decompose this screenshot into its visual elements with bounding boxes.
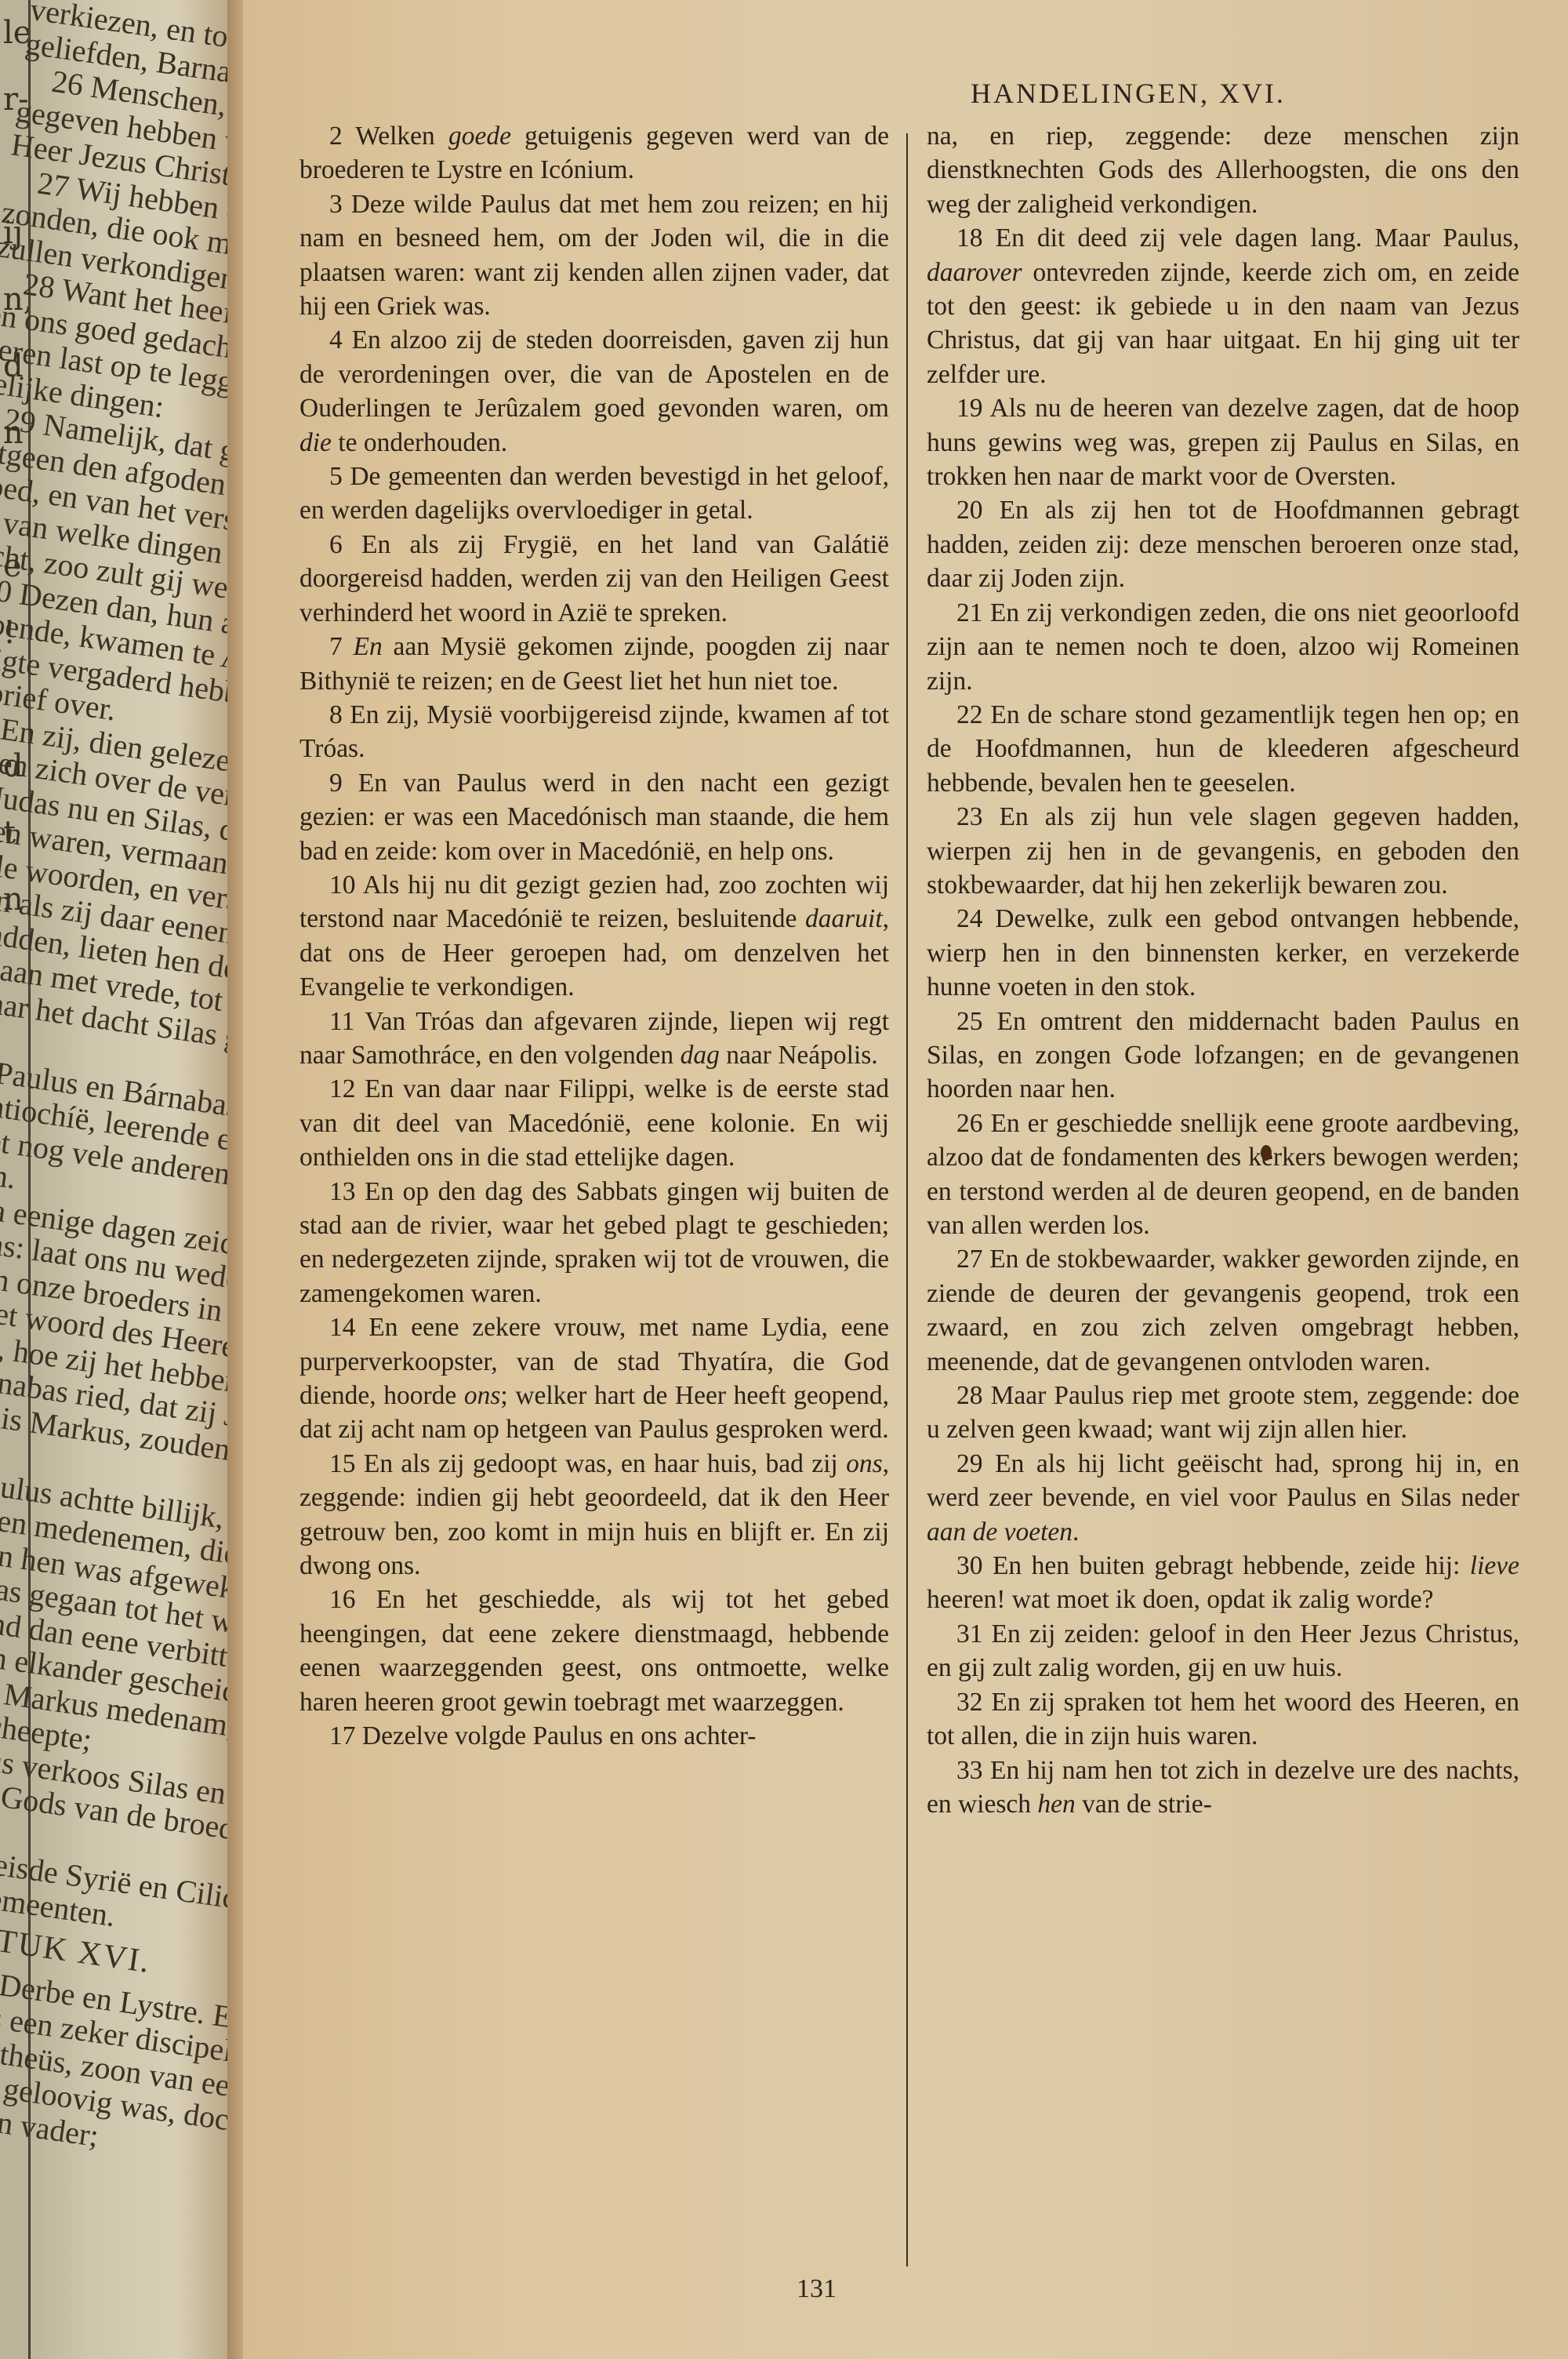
page-number: 131 bbox=[797, 2274, 837, 2304]
verse-text: Als hij nu dit gezigt gezien had, zoo zo… bbox=[299, 871, 889, 933]
verse-text: En zij verkondigen zeden, die ons niet g… bbox=[927, 598, 1519, 696]
verse-12: 12 En van daar naar Filippi, welke is de… bbox=[299, 1072, 889, 1174]
verse-text: En de stokbewaarder, wakker geworden zij… bbox=[927, 1245, 1519, 1376]
verse-text: En als hij licht geëischt had, sprong hi… bbox=[927, 1449, 1519, 1512]
verse-number: 19 bbox=[956, 394, 990, 423]
verse-text: van de strie- bbox=[1076, 1790, 1212, 1819]
italic-text: ons bbox=[464, 1381, 501, 1410]
verse-text: Maar Paulus riep met groote stem, zeggen… bbox=[927, 1381, 1519, 1444]
verse-number: 8 bbox=[329, 700, 350, 729]
verse-text: . bbox=[1073, 1518, 1079, 1547]
verse-17: 17 Dezelve volgde Paulus en ons achter- bbox=[299, 1719, 889, 1753]
verse-text: En als zij Frygië, en het land van Galát… bbox=[299, 530, 889, 627]
verse-text: En het geschiedde, als wij tot het gebed… bbox=[299, 1585, 889, 1716]
verse-number: 32 bbox=[956, 1688, 991, 1717]
verse-30: 30 En hen buiten gebragt hebbende, zeide… bbox=[927, 1549, 1519, 1617]
verse-text: aan Mysië gekomen zijnde, poogden zij na… bbox=[299, 632, 889, 695]
verse-22: 22 En de schare stond gezamentlijk tegen… bbox=[927, 698, 1519, 800]
verse-text: Welken bbox=[355, 122, 448, 151]
italic-text: ons bbox=[846, 1449, 883, 1478]
verse-10: 10 Als hij nu dit gezigt gezien had, zoo… bbox=[299, 868, 889, 1005]
verse-number: 10 bbox=[329, 871, 363, 900]
verse-7: 7 En aan Mysië gekomen zijnde, poogden z… bbox=[299, 630, 889, 698]
verse-number: 4 bbox=[329, 325, 352, 354]
verse-number: 22 bbox=[956, 700, 990, 729]
verse-number: 14 bbox=[329, 1313, 368, 1342]
verse-number: 29 bbox=[956, 1449, 995, 1478]
verse-number: 21 bbox=[956, 598, 990, 627]
verse-number: 12 bbox=[329, 1074, 365, 1103]
verse-number: 31 bbox=[956, 1619, 992, 1648]
italic-text: goede bbox=[448, 122, 511, 151]
verse-text: En op den dag des Sabbats gingen wij bui… bbox=[299, 1177, 889, 1308]
left-column: 2 Welken goede getuigenis gegeven werd v… bbox=[299, 119, 889, 1754]
verse-number: 9 bbox=[329, 769, 358, 798]
verse-text: Dewelke, zulk een gebod ontvangen hebben… bbox=[927, 904, 1519, 1001]
italic-text: hen bbox=[1037, 1790, 1075, 1819]
verse-16: 16 En het geschiedde, als wij tot het ge… bbox=[299, 1583, 889, 1719]
verse-text: En alzoo zij de steden doorreisden, gave… bbox=[299, 325, 889, 423]
verse-9: 9 En van Paulus werd in den nacht een ge… bbox=[299, 766, 889, 868]
ink-stain bbox=[1261, 1145, 1272, 1161]
verse-6: 6 En als zij Frygië, en het land van Gal… bbox=[299, 528, 889, 630]
verse-3: 3 Deze wilde Paulus dat met hem zou reiz… bbox=[299, 187, 889, 324]
verse-number: 27 bbox=[956, 1245, 989, 1274]
verse-text: En dit deed zij vele dagen lang. Maar Pa… bbox=[996, 224, 1519, 253]
verse-2: 2 Welken goede getuigenis gegeven werd v… bbox=[299, 119, 889, 187]
verse-number: 3 bbox=[329, 190, 351, 219]
verse-number: 15 bbox=[329, 1449, 364, 1478]
verse-13: 13 En op den dag des Sabbats gingen wij … bbox=[299, 1175, 889, 1311]
verse-32: 32 En zij spraken tot hem het woord des … bbox=[927, 1685, 1519, 1754]
verse-23: 23 En als zij hun vele slagen gegeven ha… bbox=[927, 800, 1519, 902]
verse-number: 24 bbox=[956, 904, 995, 933]
verse-text: En als zij hen tot de Hoofdmannen gebrag… bbox=[927, 496, 1519, 593]
verse-number: 2 bbox=[329, 122, 355, 151]
verse-number: 26 bbox=[956, 1109, 990, 1138]
verse-19: 19 Als nu de heeren van dezelve zagen, d… bbox=[927, 391, 1519, 493]
verse-text: En zij zeiden: geloof in den Heer Jezus … bbox=[927, 1619, 1519, 1682]
current-page: HANDELINGEN, XVI. 2 Welken goede getuige… bbox=[243, 0, 1568, 2359]
verse-11: 11 Van Tróas dan afgevaren zijnde, liepe… bbox=[299, 1005, 889, 1073]
verse-text: Als nu de heeren van dezelve zagen, dat … bbox=[927, 394, 1519, 491]
verse-27: 27 En de stokbewaarder, wakker geworden … bbox=[927, 1242, 1519, 1379]
verse-number: 11 bbox=[329, 1007, 365, 1036]
verse-text: En de schare stond gezamentlijk tegen he… bbox=[927, 700, 1519, 798]
italic-text: daaruit bbox=[805, 904, 883, 933]
verse-33: 33 En hij nam hen tot zich in dezelve ur… bbox=[927, 1754, 1519, 1822]
verse-4: 4 En alzoo zij de steden doorreisden, ga… bbox=[299, 323, 889, 460]
verse-number: 25 bbox=[956, 1007, 997, 1036]
verse-5: 5 De gemeenten dan werden bevestigd in h… bbox=[299, 460, 889, 528]
verse-text: te onderhouden. bbox=[332, 428, 507, 457]
verse-number: 7 bbox=[329, 632, 354, 661]
verse-26: 26 En er geschiedde snellijk eene groote… bbox=[927, 1107, 1519, 1243]
italic-text: daarover bbox=[927, 258, 1022, 287]
verse-text: En van Paulus werd in den nacht een gezi… bbox=[299, 769, 889, 866]
verse-text: De gemeenten dan werden bevestigd in het… bbox=[299, 462, 889, 525]
verse-number: 16 bbox=[329, 1585, 376, 1614]
verse-number: 18 bbox=[956, 224, 996, 253]
verse-number: 13 bbox=[329, 1177, 365, 1206]
verse-28: 28 Maar Paulus riep met groote stem, zeg… bbox=[927, 1379, 1519, 1447]
verse-text: naar Neápolis. bbox=[720, 1041, 878, 1070]
verse-21: 21 En zij verkondigen zeden, die ons nie… bbox=[927, 596, 1519, 698]
verse-text: En hen buiten gebragt hebbende, zeide hi… bbox=[993, 1551, 1470, 1580]
verse-text: En zij, Mysië voorbijgereisd zijnde, kwa… bbox=[299, 700, 889, 763]
verse-number: 28 bbox=[956, 1381, 991, 1410]
verse-15: 15 En als zij gedoopt was, en haar huis,… bbox=[299, 1447, 889, 1583]
verse-number: 6 bbox=[329, 530, 361, 559]
verse-29: 29 En als hij licht geëischt had, sprong… bbox=[927, 1447, 1519, 1549]
verse-text: En omtrent den middernacht baden Paulus … bbox=[927, 1007, 1519, 1104]
verse-number: 33 bbox=[956, 1756, 990, 1785]
running-head: HANDELINGEN, XVI. bbox=[971, 77, 1286, 110]
previous-page-text: verkiezen, en tot u te zenden, metgelief… bbox=[0, 0, 235, 2135]
column-divider bbox=[906, 133, 908, 2266]
verse-number: 20 bbox=[956, 496, 1000, 525]
verse-number: 23 bbox=[956, 802, 1000, 831]
verse-text: Deze wilde Paulus dat met hem zou reizen… bbox=[299, 190, 889, 321]
verse-14: 14 En eene zekere vrouw, met name Lydia,… bbox=[299, 1310, 889, 1447]
italic-text: En bbox=[354, 632, 383, 661]
verse-text: Dezelve volgde Paulus en ons achter- bbox=[362, 1721, 757, 1750]
verse-number: 30 bbox=[956, 1551, 993, 1580]
verse-text: heeren! wat moet ik doen, opdat ik zalig… bbox=[927, 1585, 1434, 1614]
verse-text: En als zij gedoopt was, en haar huis, ba… bbox=[364, 1449, 846, 1478]
verse-number: 5 bbox=[329, 462, 350, 491]
verse-18: 18 En dit deed zij vele dagen lang. Maar… bbox=[927, 221, 1519, 391]
previous-page: ler- ijn,dn e! dtn verkiezen, en tot u t… bbox=[0, 0, 235, 2359]
verse-number: 17 bbox=[329, 1721, 362, 1750]
verse-text: En zij spraken tot hem het woord des Hee… bbox=[927, 1688, 1519, 1750]
verse-8: 8 En zij, Mysië voorbijgereisd zijnde, k… bbox=[299, 698, 889, 766]
italic-text: aan de voeten bbox=[927, 1518, 1073, 1547]
verse-text: En hij nam hen tot zich in dezelve ure d… bbox=[927, 1756, 1519, 1819]
right-column: na, en riep, zeggende: deze menschen zij… bbox=[927, 119, 1519, 1821]
verse-31: 31 En zij zeiden: geloof in den Heer Jez… bbox=[927, 1617, 1519, 1685]
verse-continuation: na, en riep, zeggende: deze menschen zij… bbox=[927, 119, 1519, 221]
verse-text: En er geschiedde snellijk eene groote aa… bbox=[927, 1109, 1519, 1240]
italic-text: die bbox=[299, 428, 332, 457]
verse-24: 24 Dewelke, zulk een gebod ontvangen heb… bbox=[927, 902, 1519, 1004]
verse-text: En als zij hun vele slagen gegeven hadde… bbox=[927, 802, 1519, 900]
verse-text: En van daar naar Filippi, welke is de ee… bbox=[299, 1074, 889, 1172]
italic-text: dag bbox=[681, 1041, 720, 1070]
verse-text: na, en riep, zeggende: deze menschen zij… bbox=[927, 122, 1519, 219]
italic-text: lieve bbox=[1470, 1551, 1519, 1580]
verse-20: 20 En als zij hen tot de Hoofdmannen geb… bbox=[927, 493, 1519, 595]
verse-25: 25 En omtrent den middernacht baden Paul… bbox=[927, 1005, 1519, 1107]
